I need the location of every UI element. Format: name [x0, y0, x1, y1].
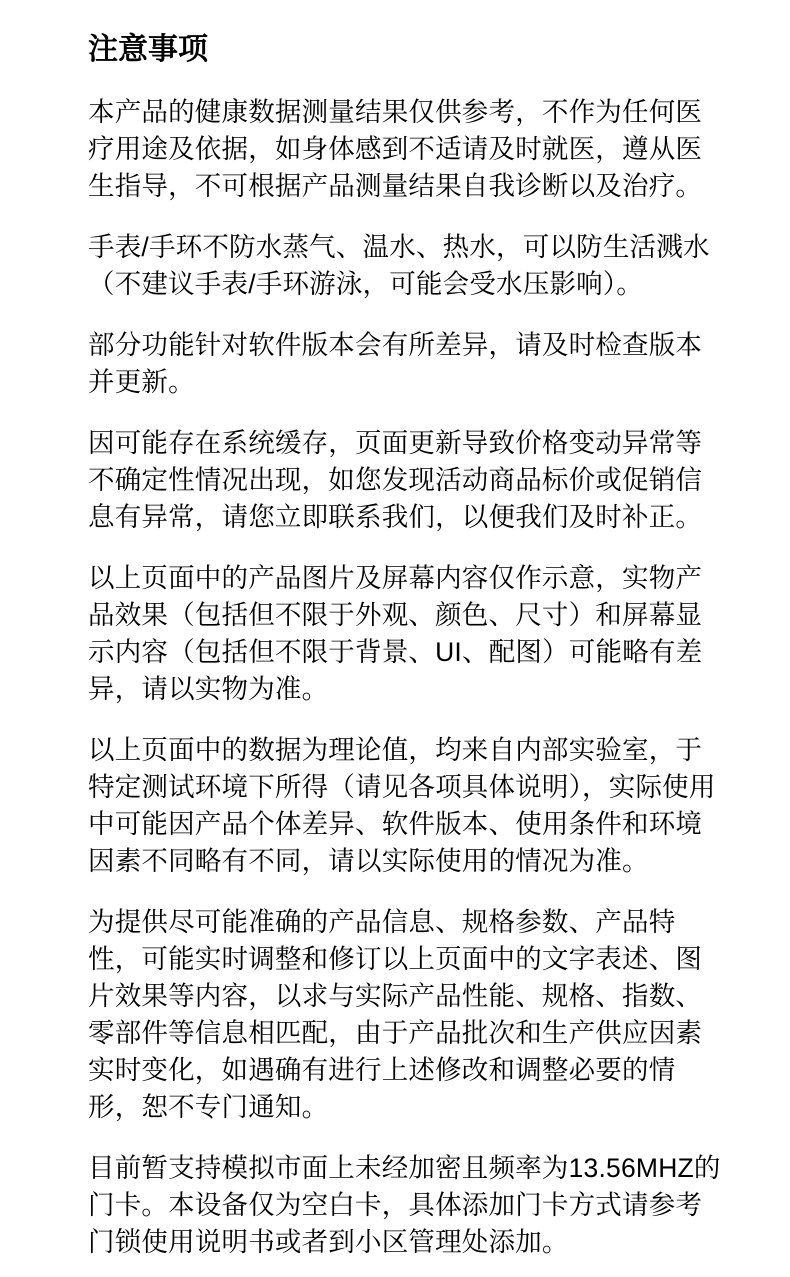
notice-paragraph-spec-revision: 为提供尽可能准确的产品信息、规格参数、产品特性，可能实时调整和修订以上页面中的文…	[88, 904, 726, 1126]
paragraph-list: 本产品的健康数据测量结果仅供参考，不作为任何医疗用途及依据，如身体感到不适请及时…	[88, 94, 726, 1261]
notice-paragraph-price-cache: 因可能存在系统缓存，页面更新导致价格变动异常等不确定性情况出现，如您发现活动商品…	[88, 425, 726, 536]
notice-paragraph-nfc-card: 目前暂支持模拟市面上未经加密且频率为13.56MHZ的门卡。本设备仅为空白卡，具…	[88, 1150, 726, 1261]
notice-paragraph-water-resistance: 手表/手环不防水蒸气、温水、热水，可以防生活溅水（不建议手表/手环游泳，可能会受…	[88, 229, 726, 303]
page-title: 注意事项	[88, 33, 726, 67]
notice-page: 注意事项 本产品的健康数据测量结果仅供参考，不作为任何医疗用途及依据，如身体感到…	[0, 0, 790, 1277]
notice-paragraph-health-disclaimer: 本产品的健康数据测量结果仅供参考，不作为任何医疗用途及依据，如身体感到不适请及时…	[88, 94, 726, 205]
notice-paragraph-image-disclaimer: 以上页面中的产品图片及屏幕内容仅作示意，实物产品效果（包括但不限于外观、颜色、尺…	[88, 560, 726, 708]
notice-paragraph-lab-data: 以上页面中的数据为理论值，均来自内部实验室，于特定测试环境下所得（请见各项具体说…	[88, 732, 726, 880]
notice-paragraph-software-version: 部分功能针对软件版本会有所差异，请及时检查版本并更新。	[88, 327, 726, 401]
